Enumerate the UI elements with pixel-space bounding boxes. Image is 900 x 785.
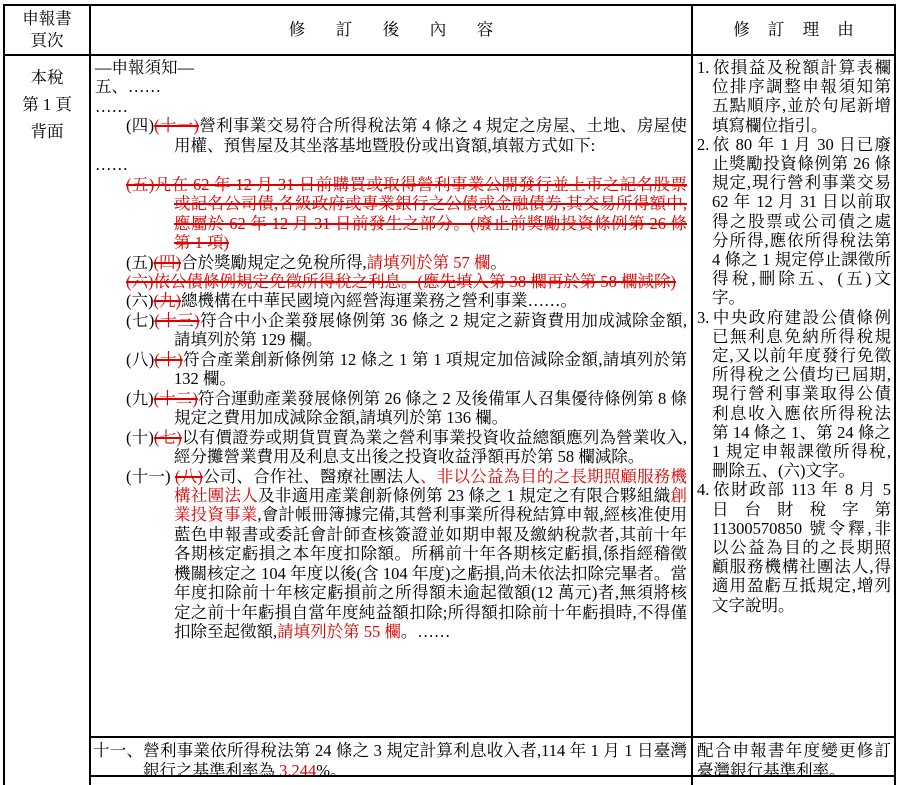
deleted-text-segment: (十三)	[154, 311, 199, 330]
reason-item: 3.中央政府建設公債條例已無利息免納所得稅規定,又以前年度發行免徵所得稅之公債均…	[697, 308, 891, 481]
revision-reason-cell: 1.依損益及稅額計算表欄位排序調整申報須知第五點順序,並於句尾新增填寫欄位指引。…	[693, 56, 894, 738]
deleted-text-segment: (六)依公債條例規定免徵所得稅之利息。(應先填入第 38 欄再於第 58 欄減除…	[126, 272, 676, 291]
text-segment: 公司、合作社、醫療社團法人	[203, 467, 420, 486]
content-paragraph: (四)(十一)營利事業交易符合所得稅法第 4 條之 4 規定之房屋、土地、房屋使…	[93, 116, 687, 155]
inserted-text-segment: 請填列於第 55 欄	[277, 622, 401, 641]
text-segment: 以有價證券或期貨買賣為業之營利事業投資收益總額應列為營業收入,經分攤營業費用及利…	[174, 428, 687, 466]
content-paragraph: (十一) (八)公司、合作社、醫療社團法人、非以公益為目的之長期照顧服務機構社團…	[93, 467, 687, 642]
text-segment: 符合運動產業發展條例第 26 條之 2 及後備軍人召集優待條例第 8 條規定之費…	[174, 389, 687, 427]
text-segment: —申報須知—	[95, 58, 194, 77]
text-segment: (十一)	[126, 467, 175, 486]
text-segment: 五、……	[95, 77, 161, 96]
text-segment: ……	[95, 97, 128, 116]
reason-text: 依 80 年 1 月 30 日已廢止獎勵投資條例第 26 條規定,現行營利事業交…	[711, 135, 891, 308]
text-segment: 十一、營利事業依所得稅法第 24 條之 3 規定計算利息收入者,114 年 1 …	[93, 741, 687, 777]
content-paragraph: (七)(十三)符合中小企業發展條例第 36 條之 2 規定之薪資費用加成減除金額…	[93, 311, 687, 350]
interest-rate-reason-cell: 配合申報書年度變更修訂臺灣銀行基準利率。	[693, 738, 894, 777]
reason-item: 4.依財政部 113 年 8 月 5 日台財稅字第 11300570850 號令…	[697, 480, 891, 614]
deleted-text-segment: (十)	[154, 350, 182, 369]
text-segment: 。……	[401, 622, 451, 641]
content-paragraph: (五)(四)合於獎勵規定之免稅所得,請填列於第 57 欄。	[93, 253, 687, 272]
text-line: 第 1 頁	[5, 91, 89, 118]
text-line: 本稅	[5, 64, 89, 91]
reason-text: 中央政府建設公債條例已無利息免納所得稅規定,又以前年度發行免徵所得稅之公債均已屆…	[711, 308, 891, 481]
inserted-text-segment: 請填列於第 57 欄	[367, 253, 491, 272]
text-segment: (七)	[126, 311, 154, 330]
text-line: 背面	[5, 118, 89, 145]
content-paragraph: (十)(七)以有價證券或期貨買賣為業之營利事業投資收益總額應列為營業收入,經分攤…	[93, 428, 687, 467]
deleted-text-segment: (五)凡在 62 年 12 月 31 日前購買或取得營利事業公開發行並上市之記名…	[126, 175, 687, 252]
text-segment: 總機構在中華民國境內經營海運業務之營利事業……。	[181, 291, 577, 310]
deleted-text-segment: (八)	[175, 467, 203, 486]
text-segment: 。	[490, 253, 507, 272]
text-segment: (八)	[126, 350, 154, 369]
text-segment: 符合產業創新條例第 12 條之 1 第 1 項規定加倍減除金額,請填列於第 13…	[174, 350, 687, 388]
header-revised-content-label: 修訂後內容	[289, 19, 524, 41]
page-label-cell: 本稅第 1 頁背面	[5, 56, 91, 785]
revision-table: 申報書頁次 修訂後內容 修訂理由 本稅第 1 頁背面 —申報須知—五、…………(…	[3, 4, 896, 785]
interest-rate-content-cell: 十一、營利事業依所得稅法第 24 條之 3 規定計算利息收入者,114 年 1 …	[91, 738, 693, 777]
text-segment: (四)	[126, 116, 154, 135]
reason-item: 1.依損益及稅額計算表欄位排序調整申報須知第五點順序,並於句尾新增填寫欄位指引。	[697, 58, 891, 135]
text-segment: (五)	[126, 253, 154, 272]
interest-rate-paragraph: 十一、營利事業依所得稅法第 24 條之 3 規定計算利息收入者,114 年 1 …	[93, 741, 687, 777]
text-segment: (六)	[126, 291, 154, 310]
text-segment: %。	[316, 761, 346, 777]
reason-item: 2.依 80 年 1 月 30 日已廢止獎勵投資條例第 26 條規定,現行營利事…	[697, 135, 891, 308]
deleted-text-segment: (四)	[154, 253, 182, 272]
content-paragraph: 五、……	[93, 77, 687, 96]
text-segment: (九)	[126, 389, 154, 408]
reason-number: 2.	[697, 135, 709, 154]
text-segment: 營利事業交易符合所得稅法第 4 條之 4 規定之房屋、土地、房屋使用權、預售屋及…	[174, 116, 687, 154]
deleted-text-segment: (九)	[154, 291, 182, 310]
header-revision-reason-label: 修訂理由	[733, 19, 872, 41]
content-paragraph: (六)(九)總機構在中華民國境內經營海運業務之營利事業……。	[93, 291, 687, 310]
text-segment: 符合中小企業發展條例第 36 條之 2 規定之薪資費用加成減除金額,請填列於第 …	[174, 311, 687, 349]
reason-text: 依財政部 113 年 8 月 5 日台財稅字第 11300570850 號令釋,…	[711, 480, 891, 614]
content-paragraph: ……	[93, 97, 687, 116]
text-line: 頁次	[31, 30, 64, 52]
content-paragraph: —申報須知—	[93, 58, 687, 77]
text-line: 申報書	[22, 8, 72, 30]
reason-number: 3.	[697, 308, 709, 327]
text-segment: 及非適用產業創新條例第 23 條之 1 規定之有限合夥組織	[258, 486, 670, 505]
text-segment: ,會計帳冊簿據完備,其營利事業所得稅結算申報,經核准使用藍色申報書或委託會計師查…	[174, 505, 687, 641]
next-row-reason-cell	[693, 777, 894, 785]
inserted-text-segment: 3.244	[279, 761, 316, 777]
text-segment: (十)	[126, 428, 154, 447]
deleted-text-segment: (十二)	[154, 389, 198, 408]
header-revised-content: 修訂後內容	[91, 6, 693, 56]
reason-text: 依損益及稅額計算表欄位排序調整申報須知第五點順序,並於句尾新增填寫欄位指引。	[711, 58, 891, 135]
text-segment: 合於獎勵規定之免稅所得,	[181, 253, 367, 272]
content-paragraph: (六)依公債條例規定免徵所得稅之利息。(應先填入第 38 欄再於第 58 欄減除…	[93, 272, 687, 291]
deleted-text-segment: (十一)	[154, 116, 199, 135]
content-paragraph: (五)凡在 62 年 12 月 31 日前購買或取得營利事業公開發行並上市之記名…	[93, 175, 687, 253]
revised-content-cell: —申報須知—五、…………(四)(十一)營利事業交易符合所得稅法第 4 條之 4 …	[91, 56, 693, 738]
content-paragraph: (八)(十)符合產業創新條例第 12 條之 1 第 1 項規定加倍減除金額,請填…	[93, 350, 687, 389]
reason-number: 1.	[697, 58, 709, 77]
deleted-text-segment: (七)	[154, 428, 182, 447]
interest-rate-reason-text: 配合申報書年度變更修訂臺灣銀行基準利率。	[697, 741, 891, 777]
reason-number: 4.	[697, 480, 709, 499]
next-row-content-cell	[91, 777, 693, 785]
header-page-column: 申報書頁次	[5, 6, 91, 56]
content-paragraph: ……	[93, 155, 687, 174]
content-paragraph: (九)(十二)符合運動產業發展條例第 26 條之 2 及後備軍人召集優待條例第 …	[93, 389, 687, 428]
header-revision-reason: 修訂理由	[693, 6, 894, 56]
text-segment: ……	[95, 155, 128, 174]
